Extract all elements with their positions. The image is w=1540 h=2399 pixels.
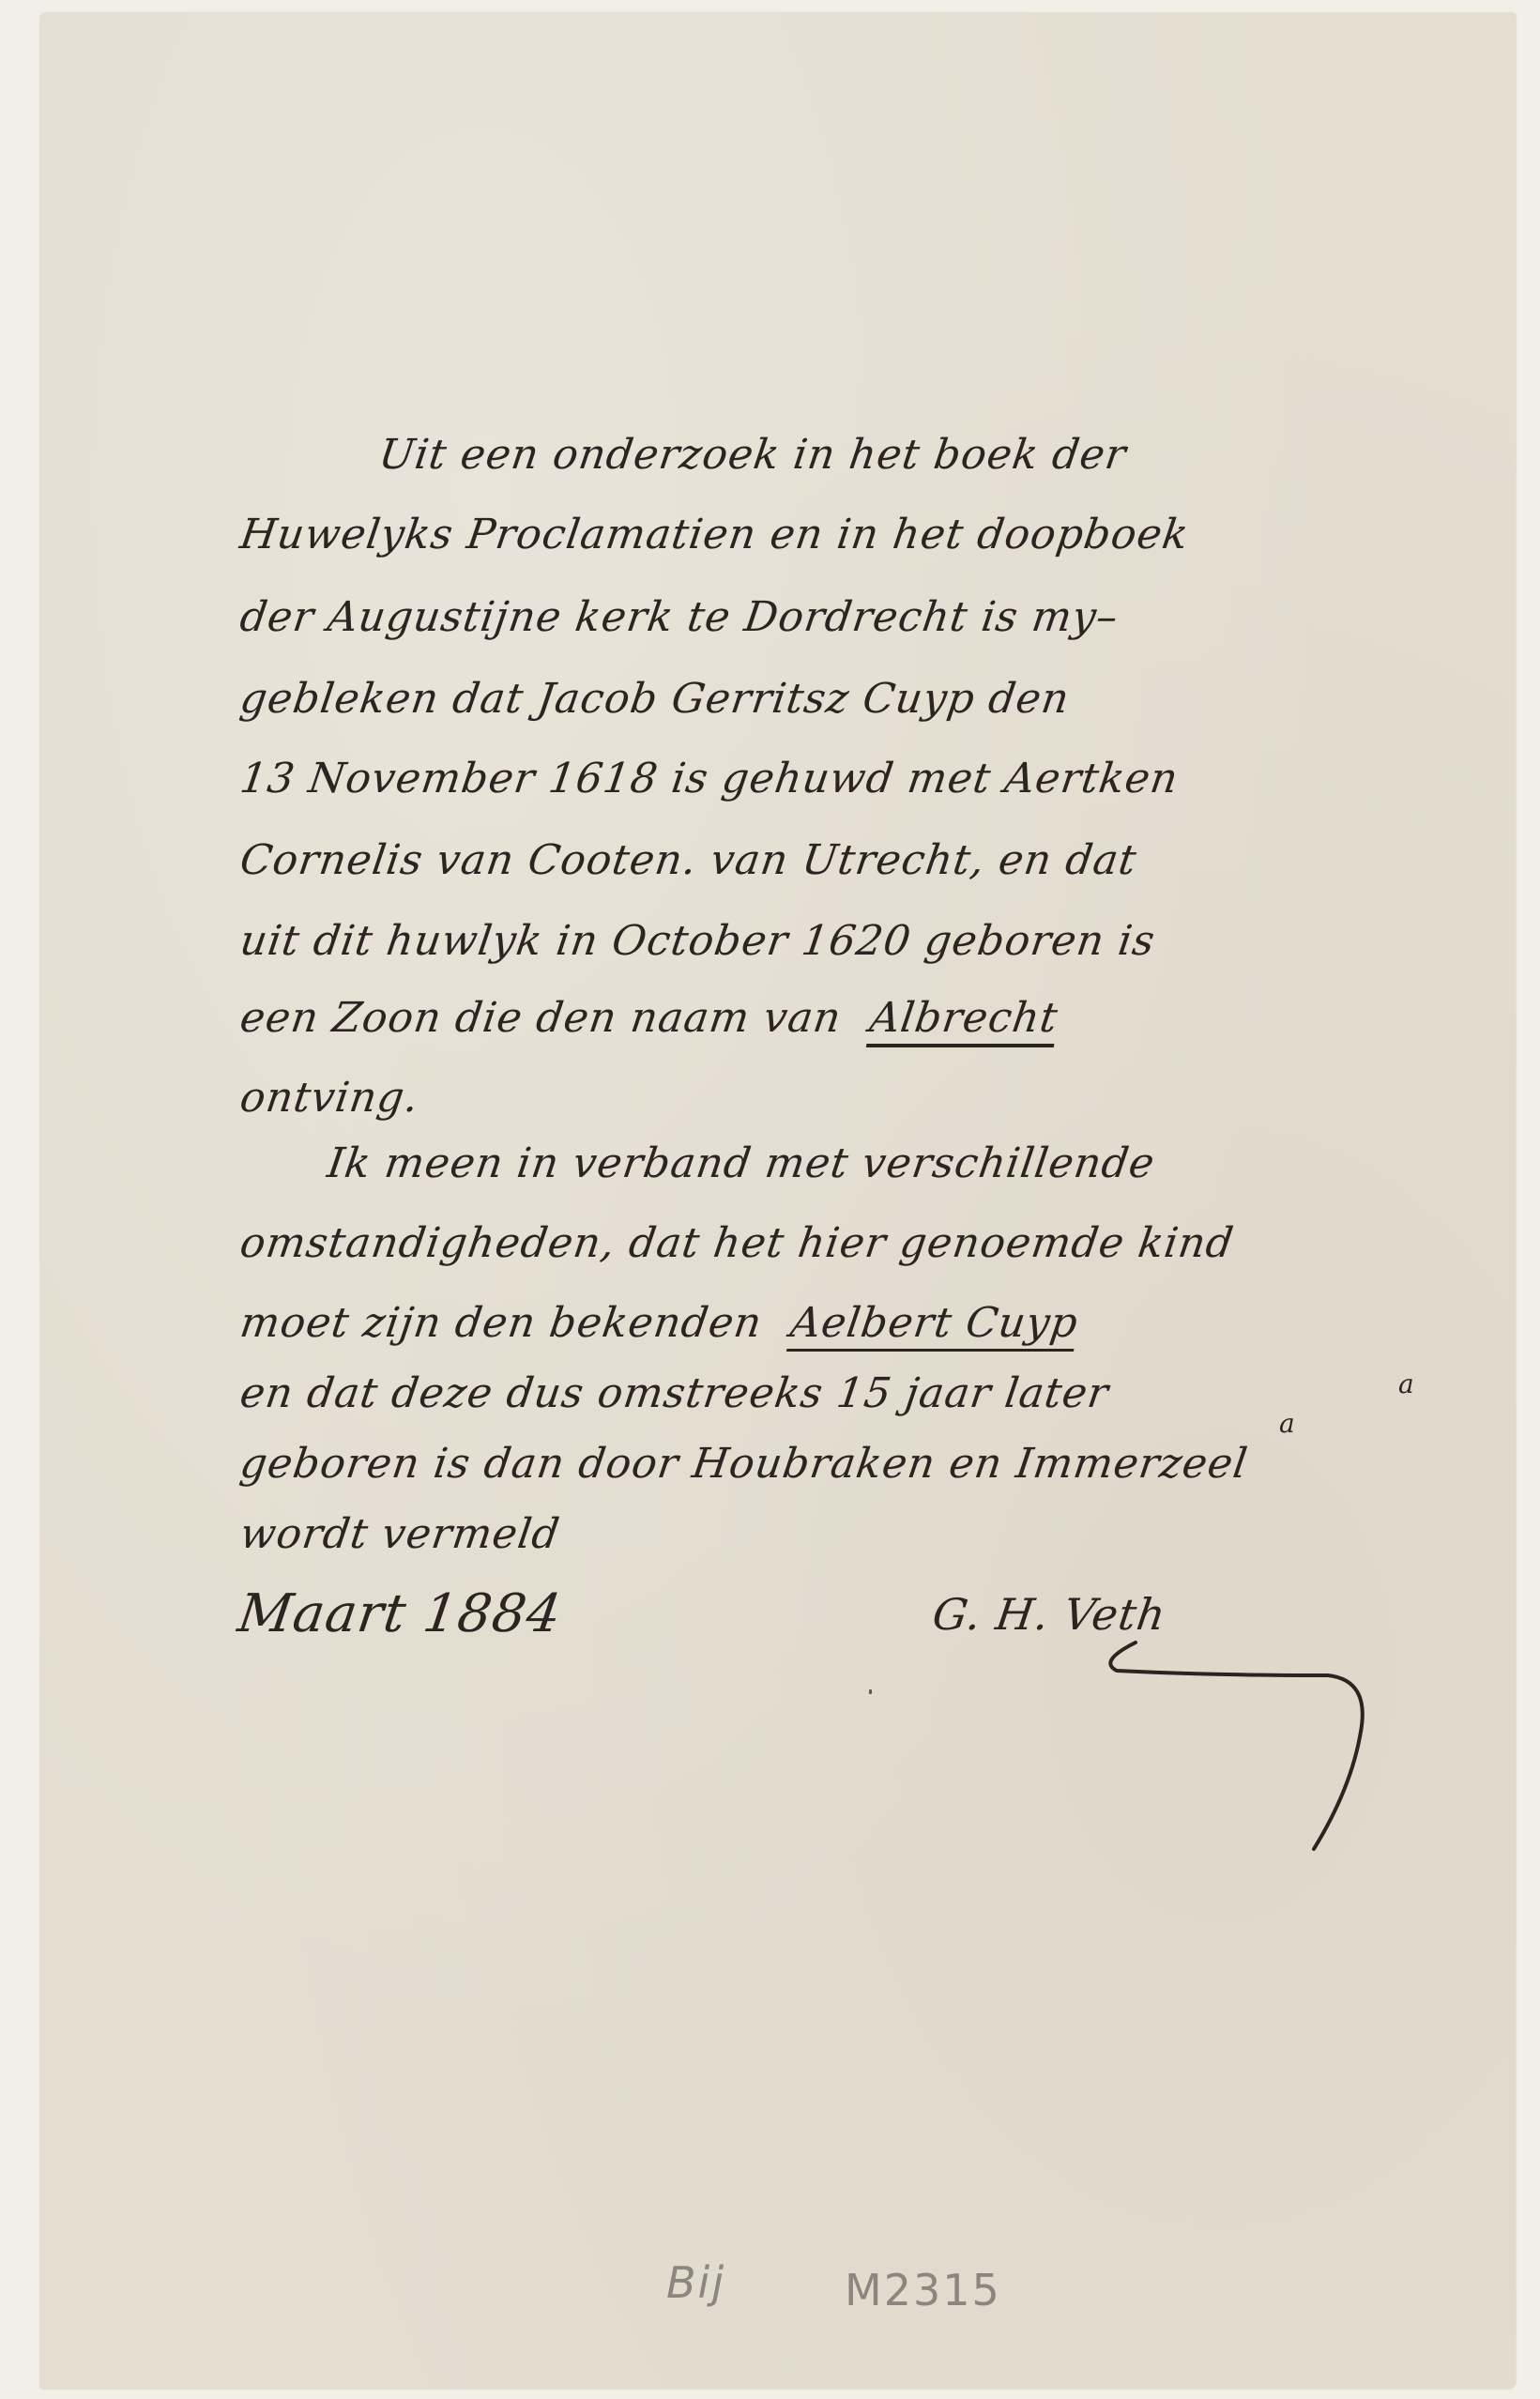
text-line-11: omstandigheden, dat het hier genoemde ki…: [236, 1215, 1238, 1272]
text-line-7: uit dit huwlyk in October 1620 geboren i…: [236, 913, 1159, 970]
text-line-12: moet zijn den bekenden Aelbert Cuyp: [236, 1295, 1082, 1352]
underlined-name-albrecht: Albrecht: [866, 994, 1061, 1047]
insertion-mark-2: a: [1279, 1408, 1296, 1439]
text-line-13: en dat deze dus omstreeks 15 jaar later: [236, 1366, 1112, 1422]
text-line-15: wordt vermeld: [236, 1506, 563, 1563]
insertion-mark-1: a: [1398, 1368, 1415, 1399]
letter-date: Maart 1884: [235, 1586, 565, 1643]
text-line-5: 13 November 1618 is gehuwd met Aertken: [236, 751, 1182, 807]
text-line-9: ontving.: [236, 1070, 422, 1126]
text-line-8-body: een Zoon die den naam van: [237, 994, 845, 1042]
text-line-1: Uit een onderzoek in het boek der: [375, 427, 1130, 483]
manuscript-page: [40, 13, 1516, 2389]
text-line-3: der Augustijne kerk te Dordrecht is my–: [236, 589, 1122, 646]
ink-speck: [869, 1689, 872, 1694]
text-line-12-body: moet zijn den bekenden: [237, 1299, 766, 1347]
text-line-10: Ik meen in verband met verschillende: [324, 1136, 1159, 1192]
text-line-4: gebleken dat Jacob Gerritsz Cuyp den: [236, 671, 1073, 727]
text-line-14: geboren is dan door Houbraken en Immerze…: [236, 1436, 1251, 1492]
text-line-8: een Zoon die den naam van Albrecht: [236, 990, 1061, 1047]
signature: G. H. Veth: [929, 1586, 1169, 1643]
signature-flourish: [1098, 1638, 1380, 1854]
pencil-reference-number: M2315: [845, 2265, 1001, 2315]
pencil-note-bij: Bij: [666, 2257, 725, 2308]
text-line-6: Cornelis van Cooten. van Utrecht, en dat: [236, 833, 1140, 889]
underlined-name-aelbert-cuyp: Aelbert Cuyp: [786, 1299, 1081, 1352]
text-line-2: Huwelyks Proclamatien en in het doopboek: [236, 507, 1193, 563]
